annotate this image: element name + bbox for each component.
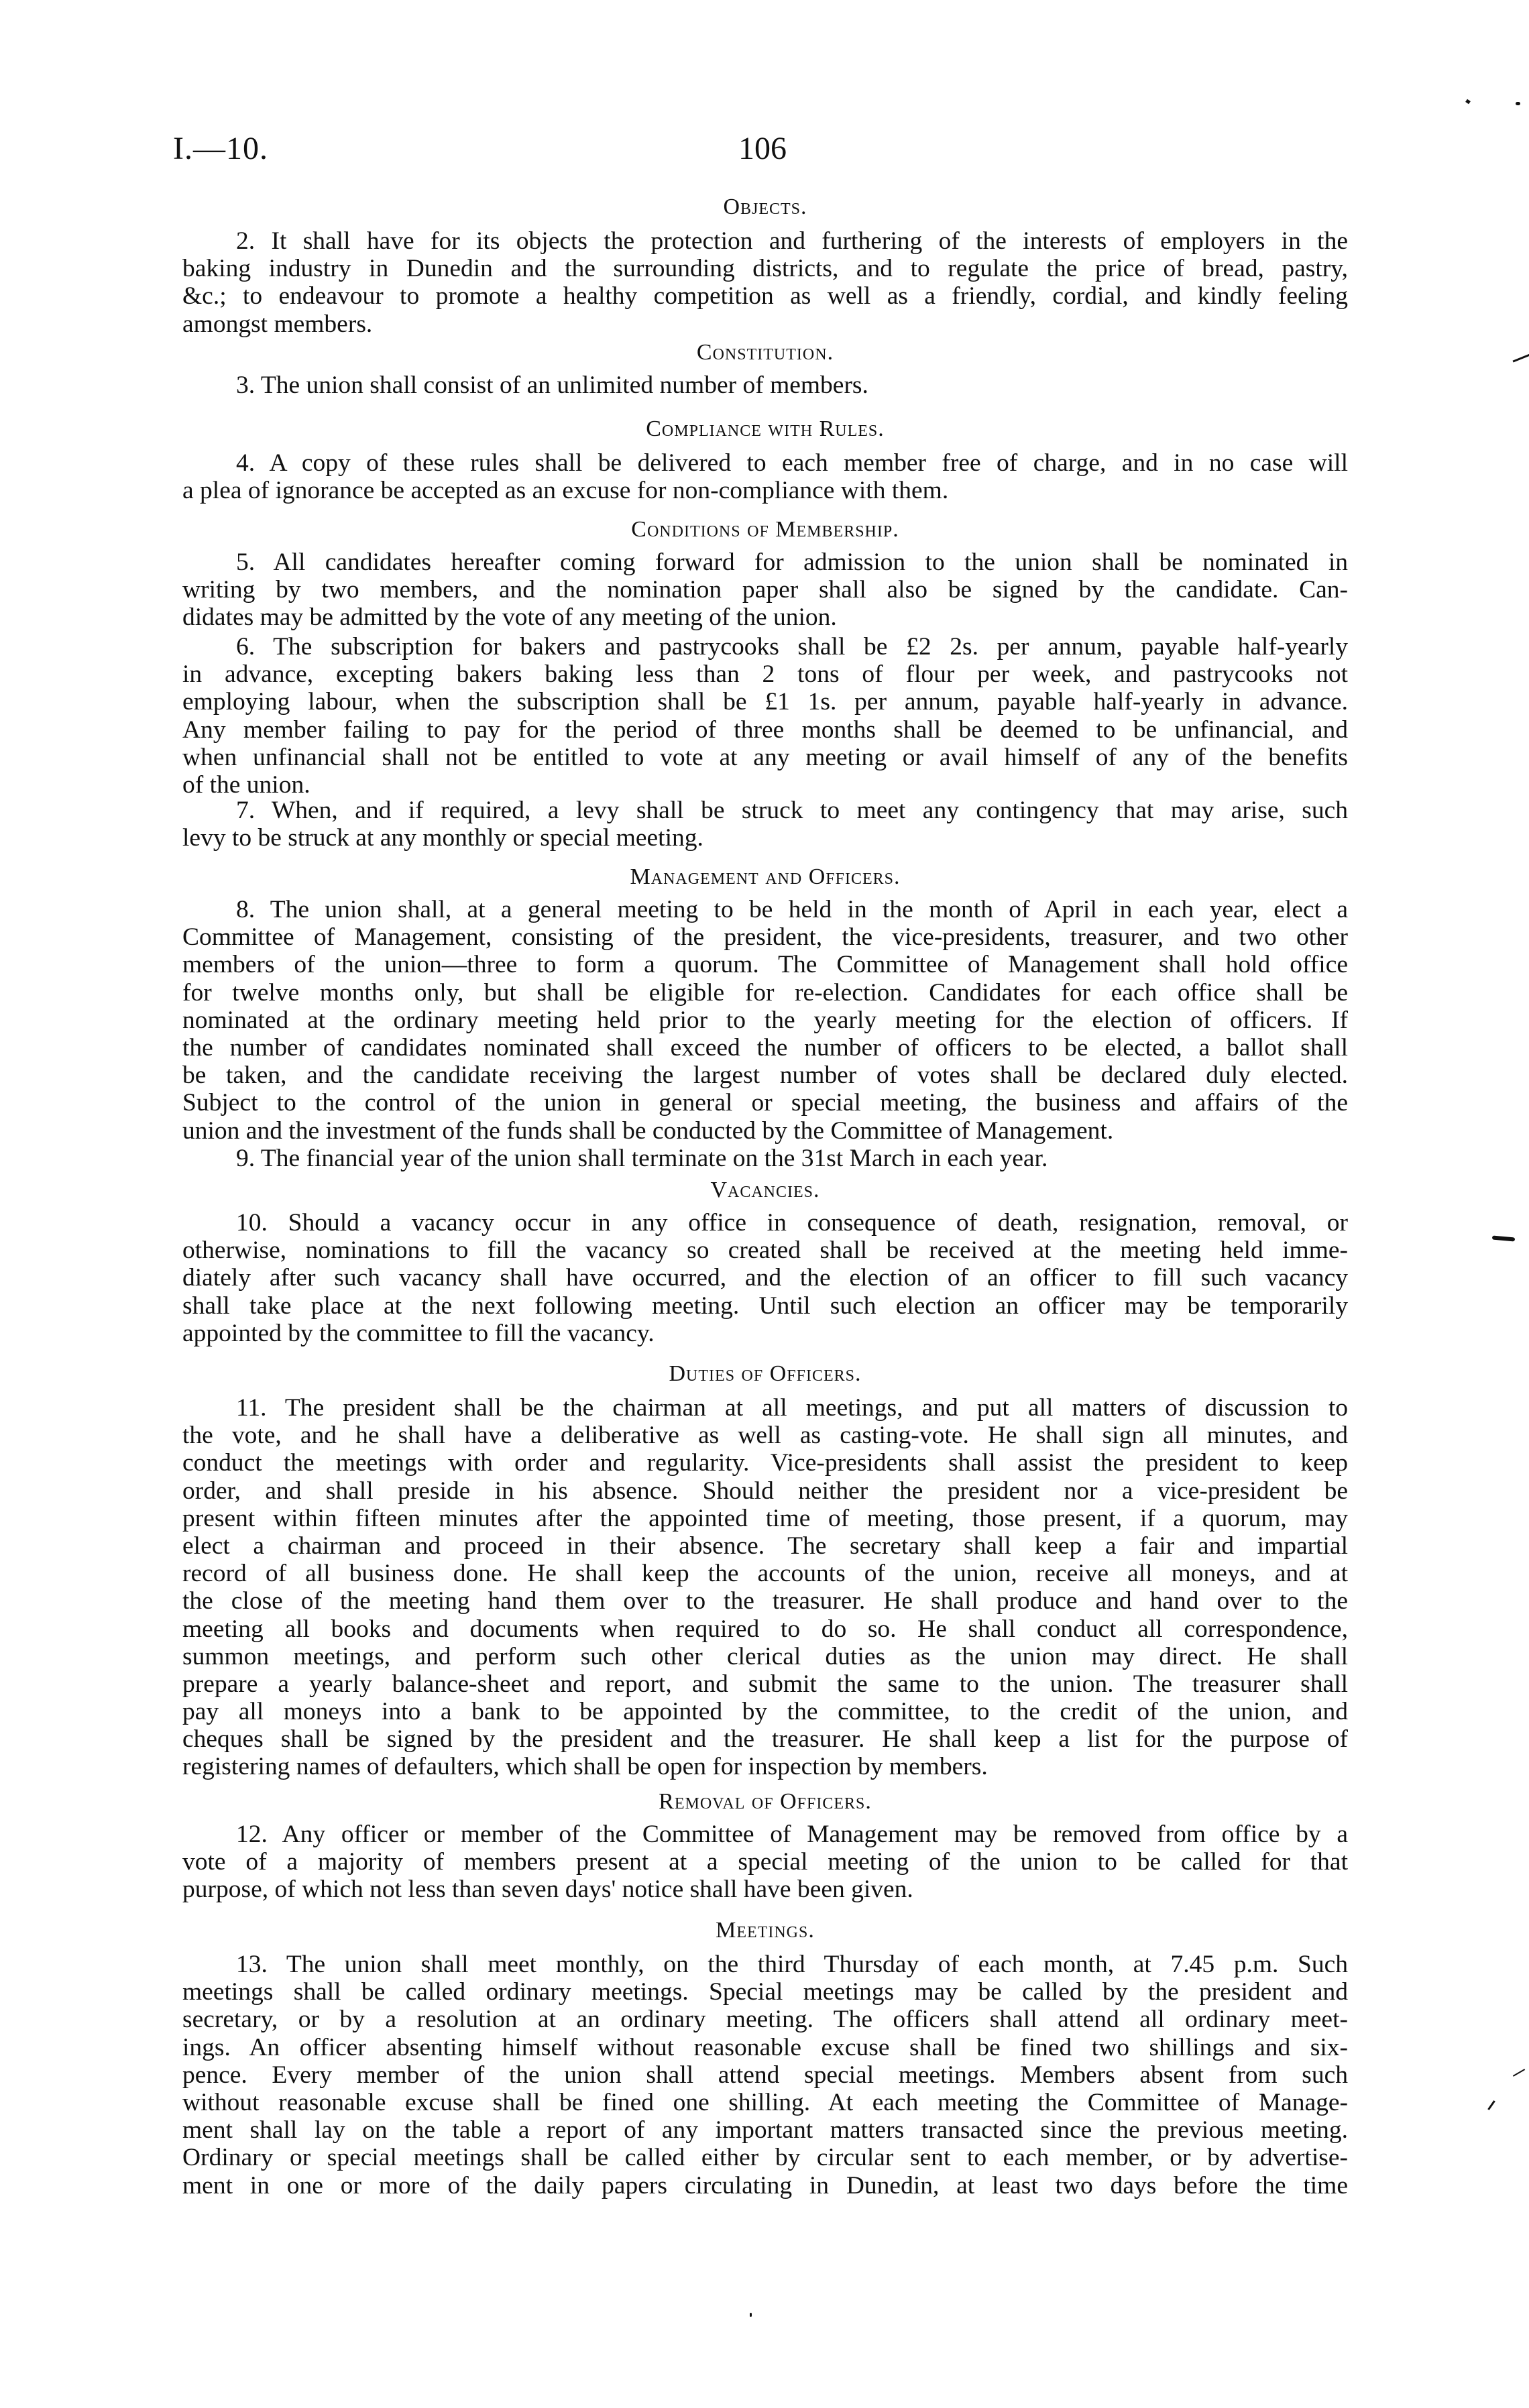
text-line: members of the union—three to form a quo… xyxy=(182,951,1348,978)
text-line: purpose, of which not less than seven da… xyxy=(182,1876,1348,1903)
text-line: 6. The subscription for bakers and pastr… xyxy=(182,633,1348,661)
text-line: diately after such vacancy shall have oc… xyxy=(182,1264,1348,1292)
text-line: 13. The union shall meet monthly, on the… xyxy=(182,1951,1348,1978)
text-line: present within fifteen minutes after the… xyxy=(182,1505,1348,1532)
text-line: elect a chairman and proceed in their ab… xyxy=(182,1532,1348,1560)
rule-3: 3. The union shall consist of an unlimit… xyxy=(182,371,1348,399)
text-line: nominated at the ordinary meeting held p… xyxy=(182,1007,1348,1034)
scan-mark xyxy=(1513,353,1529,362)
text-line: meeting all books and documents when req… xyxy=(182,1615,1348,1643)
section-heading-duties-of-officers: Duties of Officers. xyxy=(182,1361,1348,1387)
text-line: Any member failing to pay for the period… xyxy=(182,716,1348,744)
section-heading-compliance-with-rules: Compliance with Rules. xyxy=(182,416,1348,443)
text-line: 8. The union shall, at a general meeting… xyxy=(182,896,1348,923)
text-line: prepare a yearly balance-sheet and repor… xyxy=(182,1670,1348,1698)
text-line: 4. A copy of these rules shall be delive… xyxy=(182,449,1348,477)
text-line: when unfinancial shall not be entitled t… xyxy=(182,744,1348,771)
rule-9: 9. The financial year of the union shall… xyxy=(182,1145,1348,1172)
text-line: &c.; to endeavour to promote a healthy c… xyxy=(182,282,1348,310)
scan-mark xyxy=(1492,1236,1515,1242)
text-line: 7. When, and if required, a levy shall b… xyxy=(182,797,1348,824)
text-line: writing by two members, and the nominati… xyxy=(182,576,1348,604)
text-line: appointed by the committee to fill the v… xyxy=(182,1320,1348,1347)
text-line: for twelve months only, but shall be eli… xyxy=(182,979,1348,1007)
text-line: the close of the meeting hand them over … xyxy=(182,1587,1348,1615)
text-line: 10. Should a vacancy occur in any office… xyxy=(182,1209,1348,1237)
text-line: 9. The financial year of the union shall… xyxy=(182,1145,1348,1172)
rule-4: 4. A copy of these rules shall be delive… xyxy=(182,449,1348,504)
text-line: Committee of Management, consisting of t… xyxy=(182,923,1348,951)
scan-mark xyxy=(1513,2069,1525,2077)
text-line: Subject to the control of the union in g… xyxy=(182,1089,1348,1116)
section-heading-constitution: Constitution. xyxy=(182,339,1348,366)
text-line: shall take place at the next following m… xyxy=(182,1292,1348,1320)
scan-mark xyxy=(750,2313,752,2317)
text-line: 2. It shall have for its objects the pro… xyxy=(182,227,1348,255)
text-line: employing labour, when the subscription … xyxy=(182,688,1348,715)
rule-12: 12. Any officer or member of the Committ… xyxy=(182,1821,1348,1904)
text-line: ment in one or more of the daily papers … xyxy=(182,2172,1348,2199)
rule-11: 11. The president shall be the chairman … xyxy=(182,1394,1348,1781)
page-number: 106 xyxy=(738,131,787,166)
text-line: order, and shall preside in his absence.… xyxy=(182,1477,1348,1505)
text-line: registering names of defaulters, which s… xyxy=(182,1753,1348,1780)
text-line: meetings shall be called ordinary meetin… xyxy=(182,1978,1348,2006)
text-line: amongst members. xyxy=(182,310,1348,338)
text-line: Ordinary or special meetings shall be ca… xyxy=(182,2144,1348,2171)
rule-13: 13. The union shall meet monthly, on the… xyxy=(182,1951,1348,2199)
text-line: ment shall lay on the table a report of … xyxy=(182,2116,1348,2144)
text-line: 3. The union shall consist of an unlimit… xyxy=(182,371,1348,399)
section-heading-conditions-of-membership: Conditions of Membership. xyxy=(182,516,1348,543)
text-line: didates may be admitted by the vote of a… xyxy=(182,604,1348,631)
page-header: I.—10. 106 xyxy=(173,131,1348,166)
rule-7: 7. When, and if required, a levy shall b… xyxy=(182,797,1348,852)
section-heading-meetings: Meetings. xyxy=(182,1917,1348,1944)
rule-6: 6. The subscription for bakers and pastr… xyxy=(182,633,1348,799)
text-line: 12. Any officer or member of the Committ… xyxy=(182,1821,1348,1848)
text-line: 5. All candidates hereafter coming forwa… xyxy=(182,549,1348,576)
text-line: without reasonable excuse shall be fined… xyxy=(182,2089,1348,2116)
scan-mark xyxy=(1465,99,1471,105)
text-line: levy to be struck at any monthly or spec… xyxy=(182,824,1348,852)
rule-2: 2. It shall have for its objects the pro… xyxy=(182,227,1348,338)
text-line: the number of candidates nominated shall… xyxy=(182,1034,1348,1062)
text-line: ings. An officer absenting himself witho… xyxy=(182,2034,1348,2061)
scan-mark xyxy=(1516,102,1520,105)
text-line: otherwise, nominations to fill the vacan… xyxy=(182,1237,1348,1264)
text-line: conduct the meetings with order and regu… xyxy=(182,1449,1348,1477)
scan-mark xyxy=(1487,2100,1495,2110)
text-line: pay all moneys into a bank to be appoint… xyxy=(182,1698,1348,1725)
document-reference: I.—10. xyxy=(173,131,268,166)
text-line: a plea of ignorance be accepted as an ex… xyxy=(182,477,1348,504)
text-line: pence. Every member of the union shall a… xyxy=(182,2061,1348,2089)
section-heading-objects: Objects. xyxy=(182,194,1348,221)
text-line: vote of a majority of members present at… xyxy=(182,1848,1348,1876)
text-line: the vote, and he shall have a deliberati… xyxy=(182,1422,1348,1449)
section-heading-vacancies: Vacancies. xyxy=(182,1177,1348,1204)
section-heading-removal-of-officers: Removal of Officers. xyxy=(182,1788,1348,1815)
text-line: cheques shall be signed by the president… xyxy=(182,1725,1348,1753)
text-line: 11. The president shall be the chairman … xyxy=(182,1394,1348,1422)
section-heading-management-and-officers: Management and Officers. xyxy=(182,864,1348,891)
text-line: union and the investment of the funds sh… xyxy=(182,1117,1348,1145)
rule-10: 10. Should a vacancy occur in any office… xyxy=(182,1209,1348,1347)
text-line: record of all business done. He shall ke… xyxy=(182,1560,1348,1587)
rule-5: 5. All candidates hereafter coming forwa… xyxy=(182,549,1348,632)
text-line: in advance, excepting bakers baking less… xyxy=(182,661,1348,688)
text-line: secretary, or by a resolution at an ordi… xyxy=(182,2006,1348,2033)
rule-8: 8. The union shall, at a general meeting… xyxy=(182,896,1348,1145)
text-line: of the union. xyxy=(182,771,1348,799)
text-line: be taken, and the candidate receiving th… xyxy=(182,1062,1348,1089)
text-line: summon meetings, and perform such other … xyxy=(182,1643,1348,1670)
text-line: baking industry in Dunedin and the surro… xyxy=(182,255,1348,282)
